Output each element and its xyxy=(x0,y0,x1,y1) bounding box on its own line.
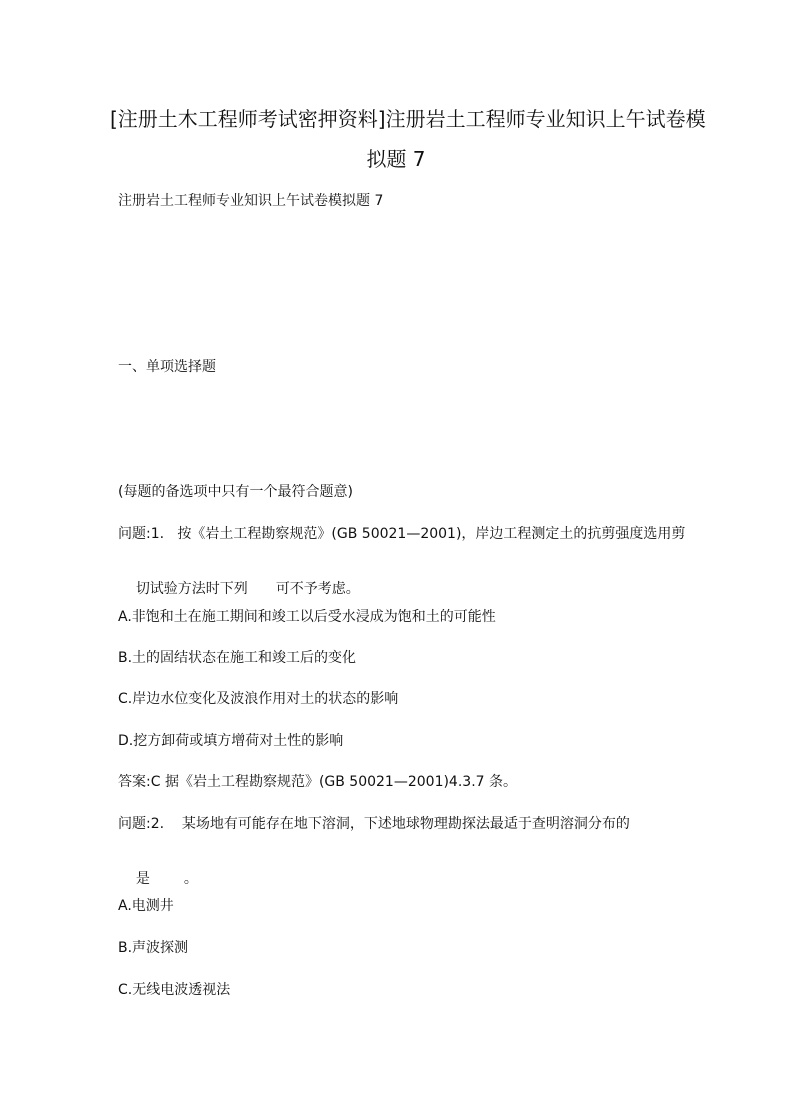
question-1-answer: 答案:C 据《岩土工程勘察规范》(GB 50021—2001)4.3.7 条。 xyxy=(118,775,517,789)
question-2-stem-text-a: 是 xyxy=(136,871,150,887)
document-title-line-1: [注册土木工程师考试密押资料]注册岩土工程师专业知识上午试卷模 xyxy=(110,109,682,129)
question-2-stem-text-b: 。 xyxy=(184,871,198,887)
document-subtitle: 注册岩土工程师专业知识上午试卷模拟题 7 xyxy=(118,194,383,208)
question-1-stem-line-2: 切试验方法时下列可不予考虑。 xyxy=(118,568,360,610)
question-1-option-c: C.岸边水位变化及波浪作用对土的状态的影响 xyxy=(118,692,398,706)
question-1-option-b: B.土的固结状态在施工和竣工后的变化 xyxy=(118,651,356,665)
question-1-stem-text-b: 可不予考虑。 xyxy=(276,581,360,597)
question-2-option-a: A.电测井 xyxy=(118,899,174,913)
instruction-text: (每题的备选项中只有一个最符合题意) xyxy=(118,485,353,499)
question-2-stem-line-2: 是。 xyxy=(118,858,198,900)
section-heading: 一、单项选择题 xyxy=(118,360,216,374)
document-title-line-2: 拟题 7 xyxy=(110,149,682,169)
document-page: [注册土木工程师考试密押资料]注册岩土工程师专业知识上午试卷模 拟题 7 注册岩… xyxy=(0,0,792,1120)
question-2-stem-line-1: 问题:2. 某场地有可能存在地下溶洞，下述地球物理勘探法最适于查明溶洞分布的 xyxy=(118,817,630,831)
question-2-option-b: B.声波探测 xyxy=(118,941,188,955)
question-1-stem-text-a: 切试验方法时下列 xyxy=(136,581,248,597)
question-1-option-a: A.非饱和土在施工期间和竣工以后受水浸成为饱和土的可能性 xyxy=(118,610,496,624)
question-2-option-c: C.无线电波透视法 xyxy=(118,983,230,997)
question-1-option-d: D.挖方卸荷或填方增荷对土性的影响 xyxy=(118,734,343,748)
question-1-stem-line-1: 问题:1. 按《岩土工程勘察规范》(GB 50021—2001)，岸边工程测定土… xyxy=(118,527,685,541)
